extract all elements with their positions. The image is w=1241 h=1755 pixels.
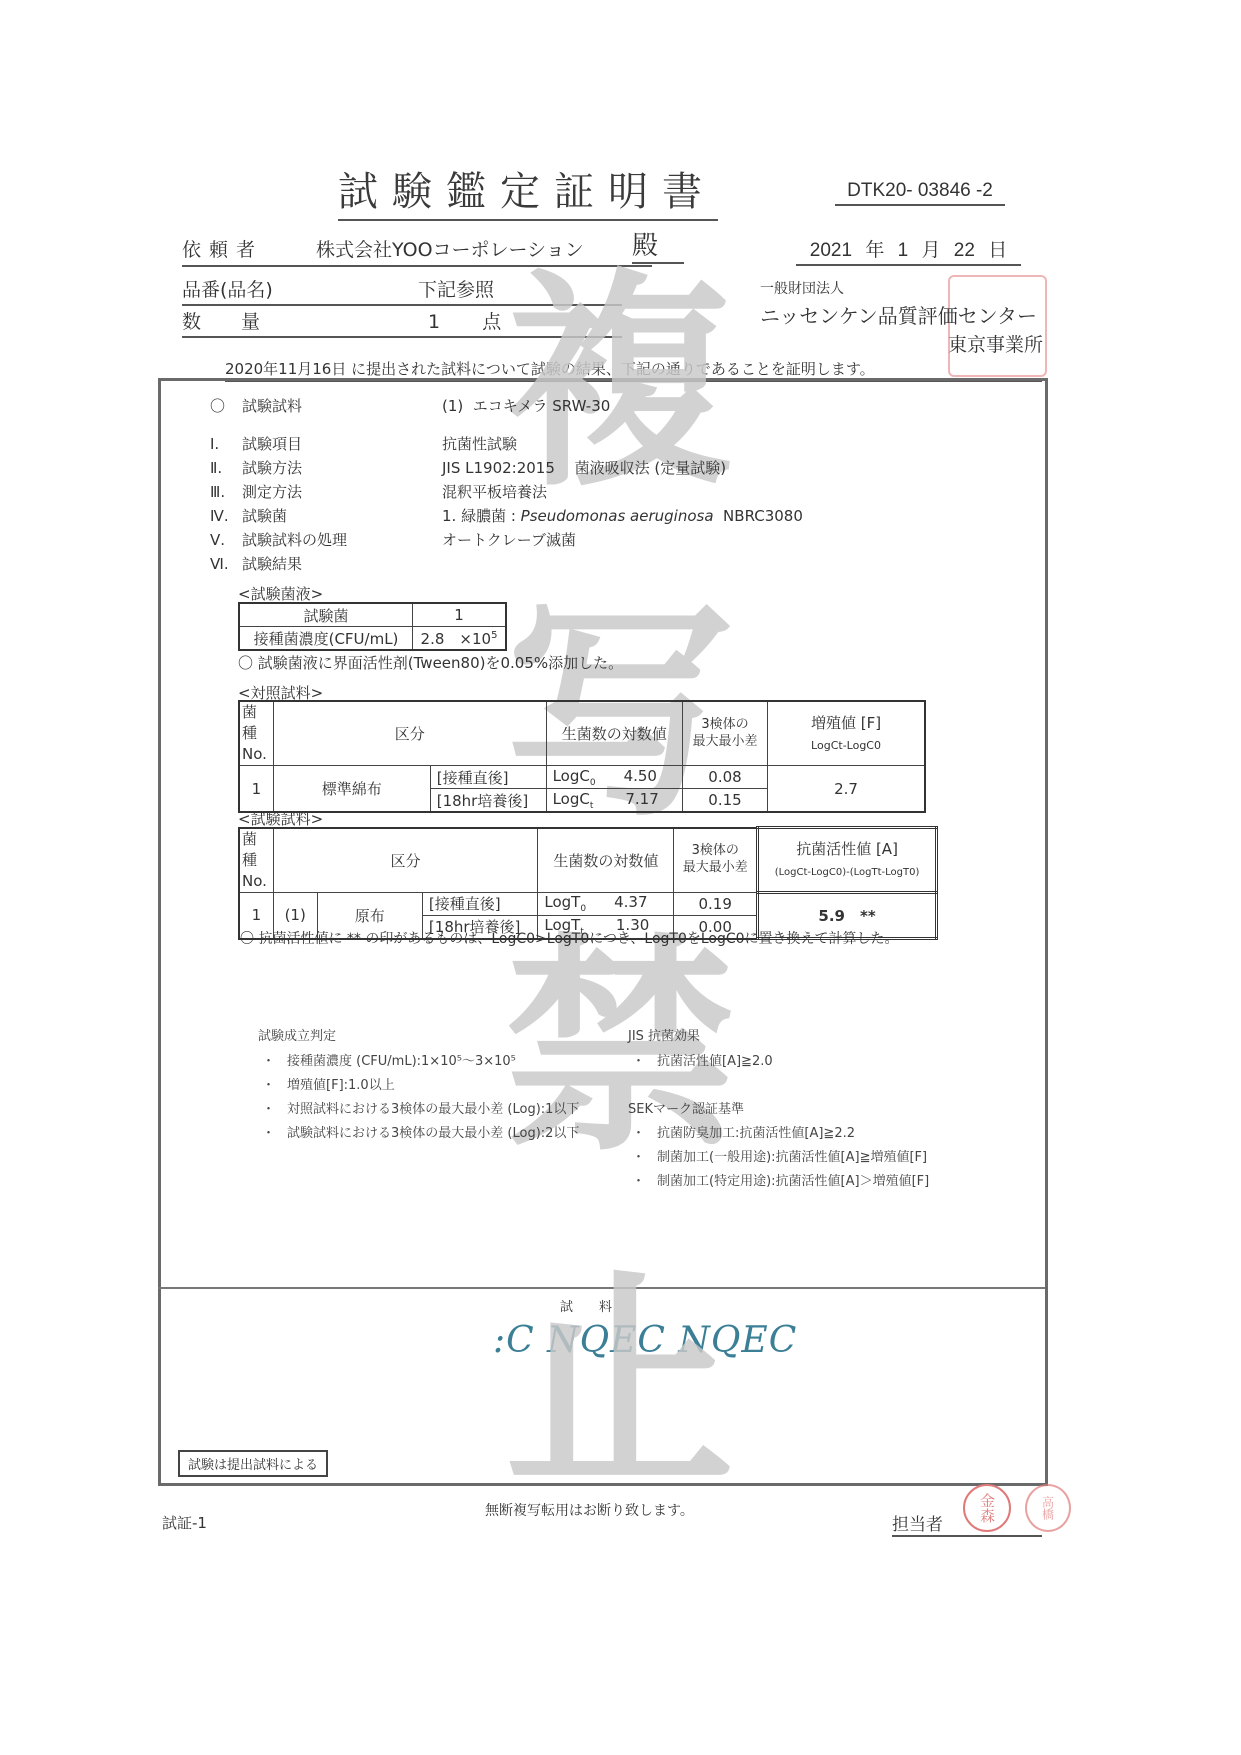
item-marker: Ⅴ.	[210, 531, 242, 549]
header-text: 3検体の	[692, 843, 739, 858]
watermark-char: 止	[495, 1270, 745, 1500]
criteria-text: 制菌加工(一般用途):抗菌活性値[A]≧増殖値[F]	[657, 1150, 927, 1165]
org-office: 東京事業所	[948, 330, 1043, 357]
header-text: 増殖値 [F]	[811, 714, 881, 732]
concentration-exponent: 5	[491, 630, 497, 641]
inoculum-heading: <試験菌液>	[238, 583, 323, 604]
product-value: 下記参照	[418, 279, 494, 301]
inoculum-value: 2.8 ×105	[413, 627, 507, 651]
approver-seal: 高橋	[1025, 1484, 1071, 1532]
formula-text: LogCt-LogC0	[811, 739, 881, 752]
header-text: No.	[242, 872, 267, 890]
item-marker: Ⅵ.	[210, 555, 242, 573]
criteria-text: 制菌加工(特定用途):抗菌活性値[A]＞増殖値[F]	[657, 1174, 929, 1189]
bullet: ・	[632, 1174, 645, 1189]
table-header-row: 菌種No. 区分 生菌数の対数値 3検体の最大最小差 抗菌活性値 [A](Log…	[239, 828, 937, 893]
criteria-item: ・抗菌活性値[A]≧2.0	[632, 1050, 773, 1074]
item-label: 試験結果	[242, 553, 442, 574]
date-year: 2021	[810, 240, 852, 261]
surfactant-note: 〇 試験菌液に界面活性剤(Tween80)を0.05%添加した。	[238, 652, 623, 673]
header-text: 菌種	[242, 703, 257, 742]
product-label: 品番(品名)	[182, 275, 412, 302]
document-title: 試験鑑定証明書	[338, 160, 718, 221]
date-day-suffix: 日	[988, 240, 1007, 261]
criteria-item: ・増殖値[F]:1.0以上	[262, 1074, 579, 1098]
criteria-item: ・制菌加工(一般用途):抗菌活性値[A]≧増殖値[F]	[632, 1146, 929, 1170]
item-label: 測定方法	[242, 481, 442, 502]
table-row: 1 標準綿布 [接種直後] LogC04.50 0.08 2.7	[239, 766, 925, 789]
criteria-item: ・対照試料における3検体の最大最小差 (Log):1以下	[262, 1098, 579, 1122]
header-text: 菌種	[242, 830, 257, 869]
table-header-row: 菌種No. 区分 生菌数の対数値 3検体の最大最小差 増殖値 [F]LogCt-…	[239, 701, 925, 766]
diff-value: 0.19	[674, 892, 758, 915]
criteria-text: 接種菌濃度 (CFU/mL):1×10⁵～3×10⁵	[287, 1054, 516, 1069]
sample-name: 標準綿布	[273, 766, 430, 813]
criteria-item: ・接種菌濃度 (CFU/mL):1×10⁵～3×10⁵	[262, 1050, 579, 1074]
growth-value: 2.7	[768, 766, 925, 813]
test-item-row: Ⅰ.試験項目抗菌性試験	[210, 433, 517, 454]
bullet: ・	[632, 1054, 645, 1069]
item-label: 試験試料	[242, 395, 442, 416]
log-label: LogC	[553, 767, 590, 785]
diff-value: 0.15	[682, 789, 767, 813]
col-log-count: 生菌数の対数値	[538, 828, 674, 893]
test-item-row: Ⅵ.試験結果	[210, 553, 442, 574]
bullet: ・	[632, 1150, 645, 1165]
org-type: 一般財団法人	[760, 278, 844, 298]
criteria-item: ・抗菌防臭加工:抗菌活性値[A]≧2.2	[632, 1122, 929, 1146]
date-day: 22	[954, 240, 975, 261]
species-no: 1	[239, 766, 273, 813]
item-label: 試験方法	[242, 457, 442, 478]
activity-note: 〇 抗菌活性値に ** の印があるものは、LogC0>LogT0につき、LogT…	[240, 928, 899, 948]
col-antibacterial-activity: 抗菌活性値 [A](LogCt-LogC0)-(LogTt-LogT0)	[758, 828, 937, 893]
criteria-text: 対照試料における3検体の最大最小差 (Log):1以下	[287, 1102, 579, 1117]
value-suffix: NBRC3080	[714, 507, 803, 525]
timing: [18hr培養後]	[430, 789, 546, 813]
criteria-item: ・試験試料における3検体の最大最小差 (Log):2以下	[262, 1122, 579, 1146]
test-item-row: Ⅱ.試験方法JIS L1902:2015 菌液吸収法 (定量試験)	[210, 457, 726, 478]
value-prefix: 1. 緑膿菌 :	[442, 507, 521, 525]
requester-label: 依頼者	[182, 235, 302, 262]
col-category: 区分	[273, 701, 546, 766]
inoculum-table: 試験菌 1 接種菌濃度(CFU/mL) 2.8 ×105	[238, 602, 507, 651]
item-value: JIS L1902:2015 菌液吸収法 (定量試験)	[442, 459, 726, 477]
col-max-min-diff: 3検体の最大最小差	[674, 828, 758, 893]
col-category: 区分	[273, 828, 538, 893]
col-species-no: 菌種No.	[239, 828, 273, 893]
bullet: ・	[262, 1078, 275, 1093]
timing: [接種直後]	[422, 892, 537, 915]
log-number: 4.50	[624, 767, 657, 785]
inoculum-value: 1	[413, 603, 507, 627]
log-label: LogT	[544, 893, 580, 911]
item-label: 試験試料の処理	[242, 529, 442, 550]
header-text: 最大最小差	[683, 860, 748, 875]
sek-list: ・抗菌防臭加工:抗菌活性値[A]≧2.2・制菌加工(一般用途):抗菌活性値[A]…	[632, 1122, 929, 1194]
form-id: 試証-1	[162, 1512, 207, 1533]
item-label: 試験菌	[242, 505, 442, 526]
criteria-text: 抗菌防臭加工:抗菌活性値[A]≧2.2	[657, 1126, 855, 1141]
item-marker: Ⅰ.	[210, 435, 242, 453]
item-value: 混釈平板培養法	[442, 483, 547, 501]
table-row: 接種菌濃度(CFU/mL) 2.8 ×105	[239, 627, 506, 651]
test-item-row: Ⅴ.試験試料の処理オートクレーブ滅菌	[210, 529, 576, 550]
item-value: 抗菌性試験	[442, 435, 517, 453]
item-label: 試験項目	[242, 433, 442, 454]
inoculum-label: 接種菌濃度(CFU/mL)	[239, 627, 413, 651]
bullet: ・	[632, 1126, 645, 1141]
copyright-notice: 無断複写転用はお断り致します。	[485, 1500, 694, 1520]
jis-heading: JIS 抗菌効果	[628, 1025, 700, 1044]
jis-list: ・抗菌活性値[A]≧2.0	[632, 1050, 773, 1074]
control-table: 菌種No. 区分 生菌数の対数値 3検体の最大最小差 増殖値 [F]LogCt-…	[238, 700, 926, 813]
date-month: 1	[898, 240, 909, 261]
log-sub: t	[590, 801, 594, 811]
header-text: No.	[242, 745, 267, 763]
issue-date: 2021 年 1 月 22 日	[796, 235, 1021, 266]
log-label: LogC	[553, 790, 590, 808]
validity-heading: 試験成立判定	[258, 1025, 336, 1044]
table-row: 1 (1) 原布 [接種直後] LogT04.37 0.19 5.9 **	[239, 892, 937, 915]
validity-list: ・接種菌濃度 (CFU/mL):1×10⁵～3×10⁵・増殖値[F]:1.0以上…	[262, 1050, 579, 1146]
species-name: Pseudomonas aeruginosa	[521, 507, 714, 525]
item-marker: 〇	[210, 395, 242, 416]
col-log-count: 生菌数の対数値	[546, 701, 682, 766]
header-text: 最大最小差	[692, 734, 757, 749]
diff-value: 0.08	[682, 766, 767, 789]
bullet: ・	[262, 1054, 275, 1069]
col-max-min-diff: 3検体の最大最小差	[682, 701, 767, 766]
concentration-value: 2.8 ×10	[421, 630, 492, 648]
sample-heading: 試 料	[560, 1296, 612, 1315]
bullet: ・	[262, 1102, 275, 1117]
item-marker: Ⅲ.	[210, 483, 242, 501]
log-value: LogCt7.17	[546, 789, 682, 813]
quantity-label: 数量	[182, 307, 422, 334]
test-item-row: Ⅲ.測定方法混釈平板培養法	[210, 481, 547, 502]
log-number: 4.37	[614, 893, 647, 911]
log-sub: 0	[590, 778, 596, 788]
item-marker: Ⅳ.	[210, 507, 242, 525]
criteria-text: 増殖値[F]:1.0以上	[287, 1078, 395, 1093]
formula-text: (LogCt-LogC0)-(LogTt-LogT0)	[775, 867, 920, 878]
item-value: (1) エコキメラ SRW-30	[442, 397, 610, 415]
test-table: 菌種No. 区分 生菌数の対数値 3検体の最大最小差 抗菌活性値 [A](Log…	[238, 826, 938, 940]
inoculum-label: 試験菌	[239, 603, 413, 627]
log-sub: 0	[580, 904, 586, 914]
sek-heading: SEKマーク認証基準	[628, 1098, 744, 1117]
criteria-text: 試験試料における3検体の最大最小差 (Log):2以下	[287, 1126, 579, 1141]
item-marker: Ⅱ.	[210, 459, 242, 477]
log-number: 7.17	[625, 790, 658, 808]
table-row: 試験菌 1	[239, 603, 506, 627]
person-seal: 金森	[963, 1484, 1011, 1532]
criteria-text: 抗菌活性値[A]≧2.0	[657, 1054, 773, 1069]
item-value: オートクレーブ滅菌	[442, 531, 576, 549]
col-growth: 増殖値 [F]LogCt-LogC0	[768, 701, 925, 766]
log-value: LogT04.37	[538, 892, 674, 915]
item-value: 1. 緑膿菌 : Pseudomonas aeruginosa NBRC3080	[442, 507, 803, 525]
date-month-suffix: 月	[921, 240, 940, 261]
header-text: 3検体の	[701, 717, 748, 732]
submitted-sample-note: 試験は提出試料による	[178, 1450, 328, 1477]
log-value: LogC04.50	[546, 766, 682, 789]
criteria-item: ・制菌加工(特定用途):抗菌活性値[A]＞増殖値[F]	[632, 1170, 929, 1194]
document-number: DTK20- 03846 -2	[835, 180, 1005, 206]
org-name: ニッセンケン品質評価センター	[760, 300, 1037, 329]
header-text: 抗菌活性値 [A]	[796, 840, 898, 858]
test-item-row: Ⅳ.試験菌1. 緑膿菌 : Pseudomonas aeruginosa NBR…	[210, 505, 803, 526]
bullet: ・	[262, 1126, 275, 1141]
timing: [接種直後]	[430, 766, 546, 789]
col-species-no: 菌種No.	[239, 701, 273, 766]
quantity-value: 1	[428, 311, 440, 333]
date-year-suffix: 年	[865, 240, 884, 261]
test-item-row: 〇試験試料(1) エコキメラ SRW-30	[210, 395, 610, 416]
